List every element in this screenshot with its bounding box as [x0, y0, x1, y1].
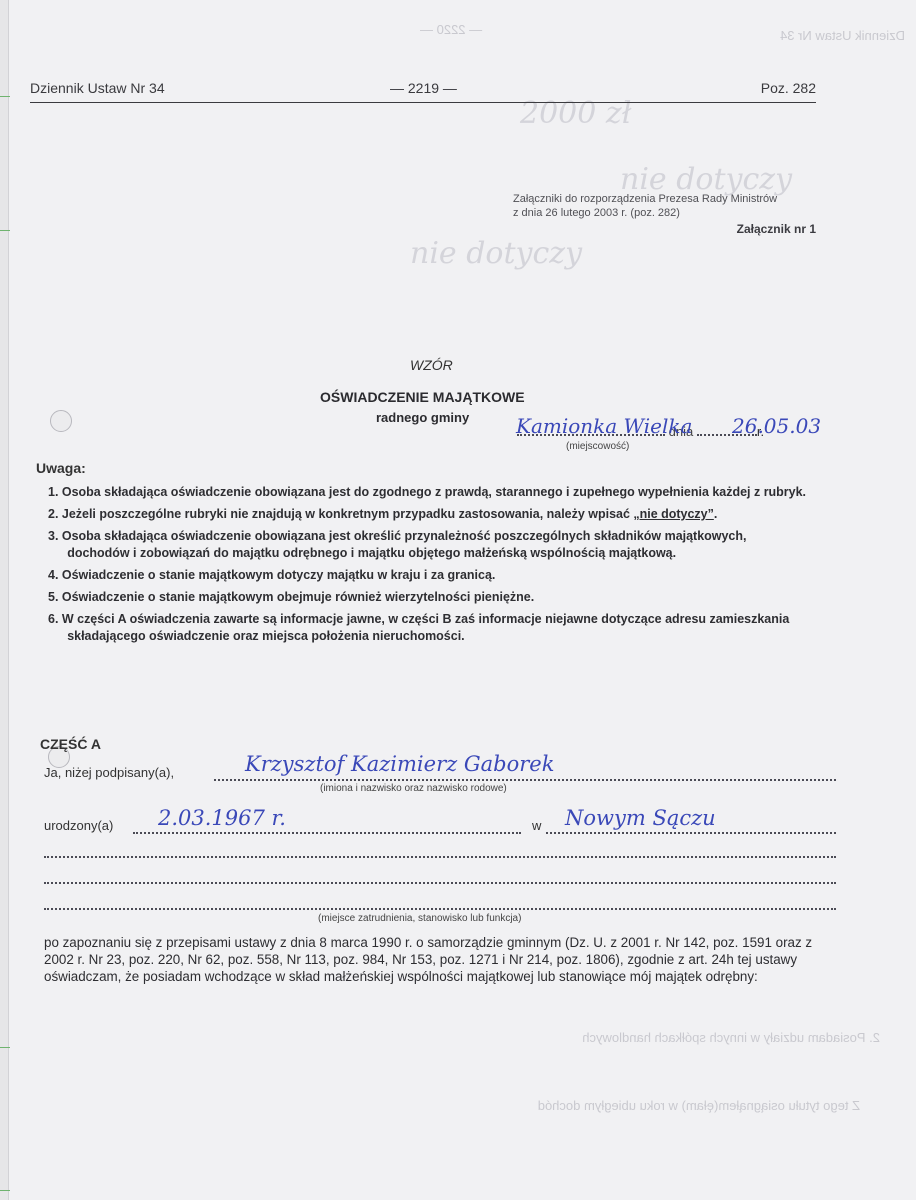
annex-line-1: Załączniki do rozporządzenia Prezesa Rad…: [513, 192, 777, 206]
notes-list: 1. Osoba składająca oświadczenie obowiąz…: [48, 483, 838, 649]
scan-margin-mark: [0, 1047, 10, 1048]
employment-input-line-1[interactable]: [44, 856, 836, 858]
born-label: urodzony(a): [44, 818, 113, 833]
page-title: OŚWIADCZENIE MAJĄTKOWE: [320, 389, 525, 405]
publication-name: Dziennik Ustaw Nr 34: [30, 80, 165, 96]
bleed-through: 2. Posiadam udziały w innych spółkach ha…: [580, 1030, 880, 1045]
place-caption: (miejscowość): [566, 441, 629, 452]
note-item: 2. Jeżeli poszczególne rubryki nie znajd…: [48, 505, 806, 522]
page-subtitle: radnego gminy: [376, 410, 469, 425]
employment-input-line-2[interactable]: [44, 882, 836, 884]
born-place-value: Nowym Sączu: [565, 806, 716, 830]
declaration-statement: po zapoznaniu się z przepisami ustawy z …: [44, 934, 840, 985]
born-place-input-line[interactable]: [546, 832, 836, 834]
note-emphasis: „nie dotyczy”: [633, 506, 713, 521]
bleed-through: Dziennik Ustaw Nr 34: [780, 28, 905, 43]
born-in-label: w: [532, 818, 541, 833]
born-date-input-line[interactable]: [133, 832, 521, 834]
employment-caption: (miejsce zatrudnienia, stanowisko lub fu…: [318, 913, 521, 924]
bleed-through: Z tego tytułu osiągnąłem(ęłam) w roku ub…: [560, 1098, 860, 1113]
note-item: 6. W części A oświadczenia zawarte są in…: [48, 610, 806, 644]
annex-number: Załącznik nr 1: [737, 222, 816, 236]
signer-value: Krzysztof Kazimierz Gaborek: [245, 752, 554, 776]
part-a-heading: CZĘŚĆ A: [40, 736, 101, 752]
note-item: 3. Osoba składająca oświadczenie obowiąz…: [48, 527, 806, 561]
signer-label: Ja, niżej podpisany(a),: [44, 765, 174, 780]
gazette-header: Dziennik Ustaw Nr 34 — 2219 — Poz. 282: [30, 80, 816, 103]
scan-margin-mark: [0, 1190, 10, 1191]
notes-heading: Uwaga:: [36, 460, 86, 476]
signer-input-line[interactable]: [214, 779, 836, 781]
note-item: 4. Oświadczenie o stanie majątkowym doty…: [48, 566, 806, 583]
note-item: 5. Oświadczenie o stanie majątkowym obej…: [48, 588, 806, 605]
born-date-value: 2.03.1967 r.: [158, 806, 286, 830]
annex-reference: Załączniki do rozporządzenia Prezesa Rad…: [513, 192, 777, 220]
bleed-through-handwriting: nie dotyczy: [410, 236, 582, 271]
scan-margin-mark: [0, 96, 10, 97]
punch-hole: [50, 410, 72, 432]
date-value: 26.05.03: [732, 414, 821, 438]
annex-line-2: z dnia 26 lutego 2003 r. (poz. 282): [513, 206, 777, 220]
signer-caption: (imiona i nazwisko oraz nazwisko rodowe): [320, 783, 507, 794]
scan-margin-mark: [0, 230, 10, 231]
place-value: Kamionka Wielka: [516, 414, 692, 438]
bleed-through: — 2220 —: [420, 22, 482, 37]
scan-page-edge: [0, 0, 9, 1200]
note-item: 1. Osoba składająca oświadczenie obowiąz…: [48, 483, 806, 500]
employment-input-line-3[interactable]: [44, 908, 836, 910]
note-item-end: .: [714, 506, 717, 521]
note-item-text: 2. Jeżeli poszczególne rubryki nie znajd…: [48, 506, 630, 521]
template-label: WZÓR: [410, 357, 453, 373]
position-number: Poz. 282: [761, 80, 816, 96]
page-number: — 2219 —: [390, 80, 457, 96]
